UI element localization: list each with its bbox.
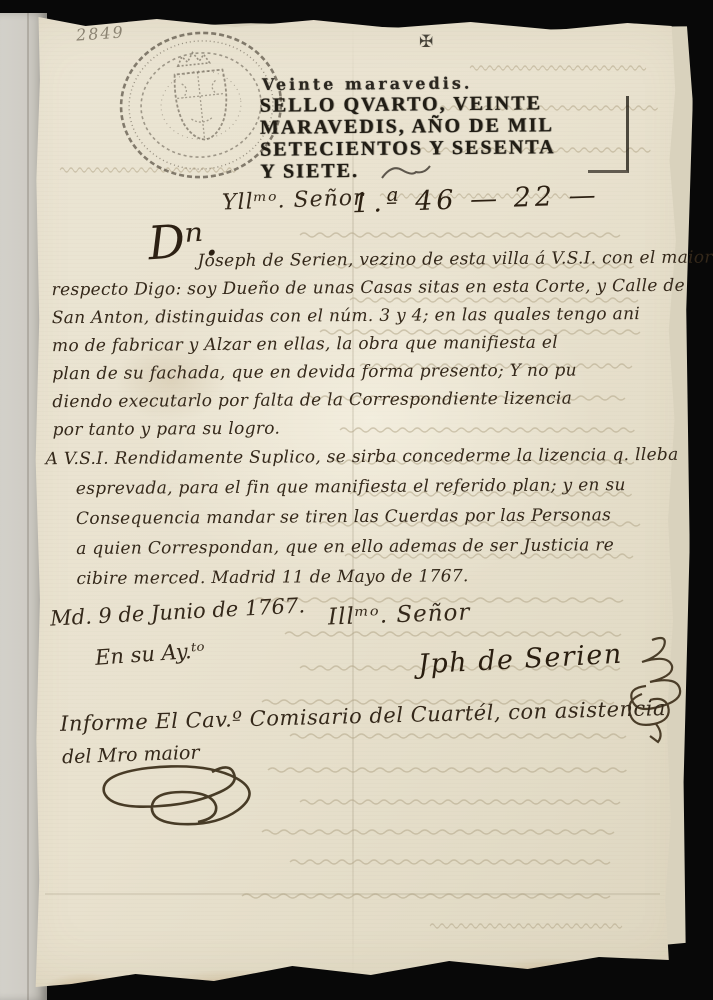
petition-line: diendo executarlo por falta de la Corres… xyxy=(52,384,677,416)
supplication-line: esprevada, para el fin que manifiesta el… xyxy=(46,470,678,504)
horizontal-fold-crease xyxy=(45,893,660,895)
tax-stamp-text: SELLO QVARTO, VEINTE MARAVEDIS, AÑO DE M… xyxy=(260,91,671,183)
petition-line: mo de fabricar y Alzar en ellas, la obra… xyxy=(52,328,677,360)
tax-stamp-line: Y SIETE. xyxy=(260,157,670,183)
supplication-paragraph: A V.S.I. Rendidamente Suplico, se sirba … xyxy=(45,440,678,594)
cross-pattee-stamp-icon: ✠ xyxy=(419,32,437,52)
petition-line: plan de su fachada, que en devida forma … xyxy=(52,356,677,388)
salutation-closing: Illᵐᵒ. Señor xyxy=(328,600,471,631)
petition-line: respecto Digo: soy Dueño de unas Casas s… xyxy=(52,272,677,304)
tax-stamp-header: Veinte maravedis. xyxy=(262,73,562,94)
scanned-document: 2849 ✠ Veinte maravedis. SELLO QVARTO, V… xyxy=(0,0,713,1000)
supplication-line: Consequencia mandar se tiren las Cuerdas… xyxy=(46,500,678,534)
petition-line: Joseph de Serien, vezino de esta villa á… xyxy=(51,244,676,276)
salutation-top: Yllᵐᵒ. Señor xyxy=(222,186,365,216)
petition-paragraph: Joseph de Serien, vezino de esta villa á… xyxy=(51,244,677,444)
supplication-line: a quien Correspondan, que en ello ademas… xyxy=(46,530,678,564)
petition-line: por tanto y para su logro. xyxy=(52,412,677,444)
supplication-line: cibire merced. Madrid 11 de Mayo de 1767… xyxy=(46,560,678,594)
petition-line: San Anton, distinguidas con el núm. 3 y … xyxy=(52,300,677,332)
supplication-line: A V.S.I. Rendidamente Suplico, se sirba … xyxy=(45,440,677,474)
archive-number: 2849 xyxy=(75,22,125,44)
